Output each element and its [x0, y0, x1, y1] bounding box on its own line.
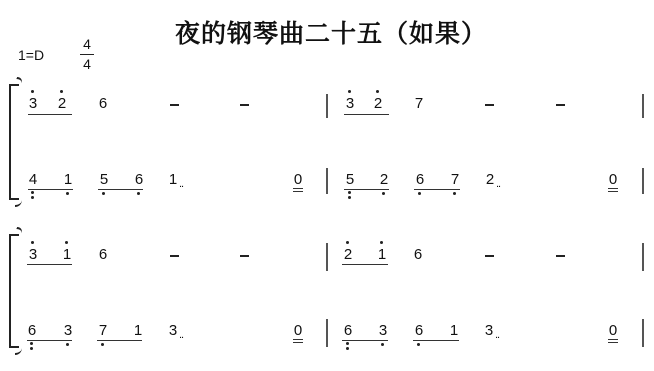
- octave-dot-high: [380, 241, 383, 244]
- note-digit: 7: [99, 322, 107, 339]
- beam: [413, 340, 459, 341]
- barline: [326, 168, 328, 194]
- beam: [344, 189, 389, 190]
- sustain-dash: [556, 255, 565, 257]
- note-digit: 6: [135, 171, 143, 188]
- note-digit: 3: [346, 95, 354, 112]
- note: 1: [61, 171, 75, 189]
- sustain-dash: [556, 104, 565, 106]
- rest: 0: [606, 322, 620, 340]
- octave-dot-high: [60, 90, 63, 93]
- note: 2: [377, 171, 391, 189]
- note: 2: [55, 95, 69, 113]
- barline: [642, 319, 644, 347]
- beam: [28, 114, 72, 115]
- octave-dot-low: [101, 343, 104, 346]
- beam: [344, 114, 389, 115]
- note-digit: 3: [29, 95, 37, 112]
- octave-dot-low: [102, 192, 105, 195]
- note-digit: 3: [29, 246, 37, 263]
- note-digit: 7: [451, 171, 459, 188]
- note-digit: 2: [374, 95, 382, 112]
- note: 3..: [166, 322, 180, 340]
- note-digit: 0: [294, 322, 302, 339]
- note: 1: [60, 246, 74, 264]
- note-digit: 1: [169, 171, 177, 188]
- beam: [342, 264, 388, 265]
- augmentation-dots: ..: [496, 180, 500, 188]
- augmentation-dots: ..: [179, 331, 183, 339]
- note-digit: 2: [344, 246, 352, 263]
- note: 3: [26, 246, 40, 264]
- double-underline: [608, 342, 618, 343]
- beam: [97, 340, 142, 341]
- note: 2..: [483, 171, 497, 189]
- note-digit: 3: [379, 322, 387, 339]
- note: 6: [341, 322, 355, 340]
- note: 7: [412, 95, 426, 113]
- system-bracket-2: [9, 234, 19, 348]
- note: 4: [26, 171, 40, 189]
- note-digit: 1: [64, 171, 72, 188]
- note-digit: 1: [450, 322, 458, 339]
- note: 6: [96, 246, 110, 264]
- double-underline: [293, 191, 303, 192]
- double-underline: [293, 342, 303, 343]
- note: 2: [371, 95, 385, 113]
- note-digit: 6: [344, 322, 352, 339]
- note-digit: 6: [414, 246, 422, 263]
- sustain-dash: [240, 255, 249, 257]
- time-signature-line: [80, 54, 94, 55]
- time-signature-denominator: 4: [80, 56, 94, 73]
- note: 6: [96, 95, 110, 113]
- note: 3..: [482, 322, 496, 340]
- sustain-dash: [170, 255, 179, 257]
- augmentation-dots: ..: [179, 180, 183, 188]
- beam: [98, 189, 143, 190]
- note-digit: 5: [346, 171, 354, 188]
- note: 6: [412, 322, 426, 340]
- octave-dot-low: [381, 343, 384, 346]
- key-signature: 1=D: [18, 47, 44, 63]
- barline: [326, 94, 328, 118]
- note-digit: 6: [99, 246, 107, 263]
- octave-dot-low: [31, 196, 34, 199]
- double-underline: [608, 188, 618, 189]
- note-digit: 2: [380, 171, 388, 188]
- barline: [642, 94, 644, 118]
- note-digit: 1: [378, 246, 386, 263]
- octave-dot-high: [348, 90, 351, 93]
- note-digit: 4: [29, 171, 37, 188]
- octave-dot-high: [376, 90, 379, 93]
- note-digit: 6: [28, 322, 36, 339]
- note-digit: 6: [415, 322, 423, 339]
- octave-dot-high: [31, 241, 34, 244]
- octave-dot-low: [346, 342, 349, 345]
- time-signature-numerator: 4: [80, 36, 94, 53]
- barline: [326, 319, 328, 347]
- augmentation-dots: ..: [495, 331, 499, 339]
- double-underline: [608, 339, 618, 340]
- octave-dot-low: [30, 347, 33, 350]
- note-digit: 1: [63, 246, 71, 263]
- double-underline: [293, 339, 303, 340]
- sustain-dash: [240, 104, 249, 106]
- note: 6: [411, 246, 425, 264]
- note: 3: [26, 95, 40, 113]
- note: 7: [96, 322, 110, 340]
- note-digit: 2: [486, 171, 494, 188]
- note: 6: [413, 171, 427, 189]
- note-digit: 7: [415, 95, 423, 112]
- barline: [326, 243, 328, 271]
- beam: [27, 340, 72, 341]
- note-digit: 1: [134, 322, 142, 339]
- beam: [27, 264, 72, 265]
- note-digit: 3: [64, 322, 72, 339]
- rest: 0: [291, 171, 305, 189]
- double-underline: [608, 191, 618, 192]
- octave-dot-low: [418, 192, 421, 195]
- beam: [342, 340, 388, 341]
- sustain-dash: [485, 104, 494, 106]
- note: 5: [97, 171, 111, 189]
- note: 6: [132, 171, 146, 189]
- barline: [642, 168, 644, 194]
- octave-dot-low: [382, 192, 385, 195]
- note: 5: [343, 171, 357, 189]
- octave-dot-low: [66, 343, 69, 346]
- note: 1..: [166, 171, 180, 189]
- score-title: 夜的钢琴曲二十五（如果）: [0, 14, 654, 50]
- note: 7: [448, 171, 462, 189]
- note: 1: [375, 246, 389, 264]
- beam: [28, 189, 73, 190]
- octave-dot-high: [31, 90, 34, 93]
- beam: [414, 189, 460, 190]
- octave-dot-low: [348, 191, 351, 194]
- note: 3: [376, 322, 390, 340]
- note-digit: 5: [100, 171, 108, 188]
- system-bracket-1: [9, 84, 19, 200]
- octave-dot-low: [453, 192, 456, 195]
- note-digit: 0: [609, 322, 617, 339]
- octave-dot-low: [66, 192, 69, 195]
- octave-dot-low: [137, 192, 140, 195]
- note-digit: 6: [99, 95, 107, 112]
- rest: 0: [291, 322, 305, 340]
- octave-dot-low: [417, 343, 420, 346]
- note: 2: [341, 246, 355, 264]
- octave-dot-low: [31, 191, 34, 194]
- note-digit: 3: [169, 322, 177, 339]
- note: 3: [61, 322, 75, 340]
- note: 1: [447, 322, 461, 340]
- octave-dot-low: [348, 196, 351, 199]
- note-digit: 0: [609, 171, 617, 188]
- time-signature: 4 4: [80, 36, 94, 73]
- octave-dot-low: [346, 347, 349, 350]
- octave-dot-high: [346, 241, 349, 244]
- rest: 0: [606, 171, 620, 189]
- note: 1: [131, 322, 145, 340]
- note-digit: 6: [416, 171, 424, 188]
- sustain-dash: [485, 255, 494, 257]
- note: 3: [343, 95, 357, 113]
- sustain-dash: [170, 104, 179, 106]
- double-underline: [293, 188, 303, 189]
- octave-dot-low: [30, 342, 33, 345]
- note-digit: 0: [294, 171, 302, 188]
- barline: [642, 243, 644, 271]
- octave-dot-high: [65, 241, 68, 244]
- note-digit: 2: [58, 95, 66, 112]
- note: 6: [25, 322, 39, 340]
- note-digit: 3: [485, 322, 493, 339]
